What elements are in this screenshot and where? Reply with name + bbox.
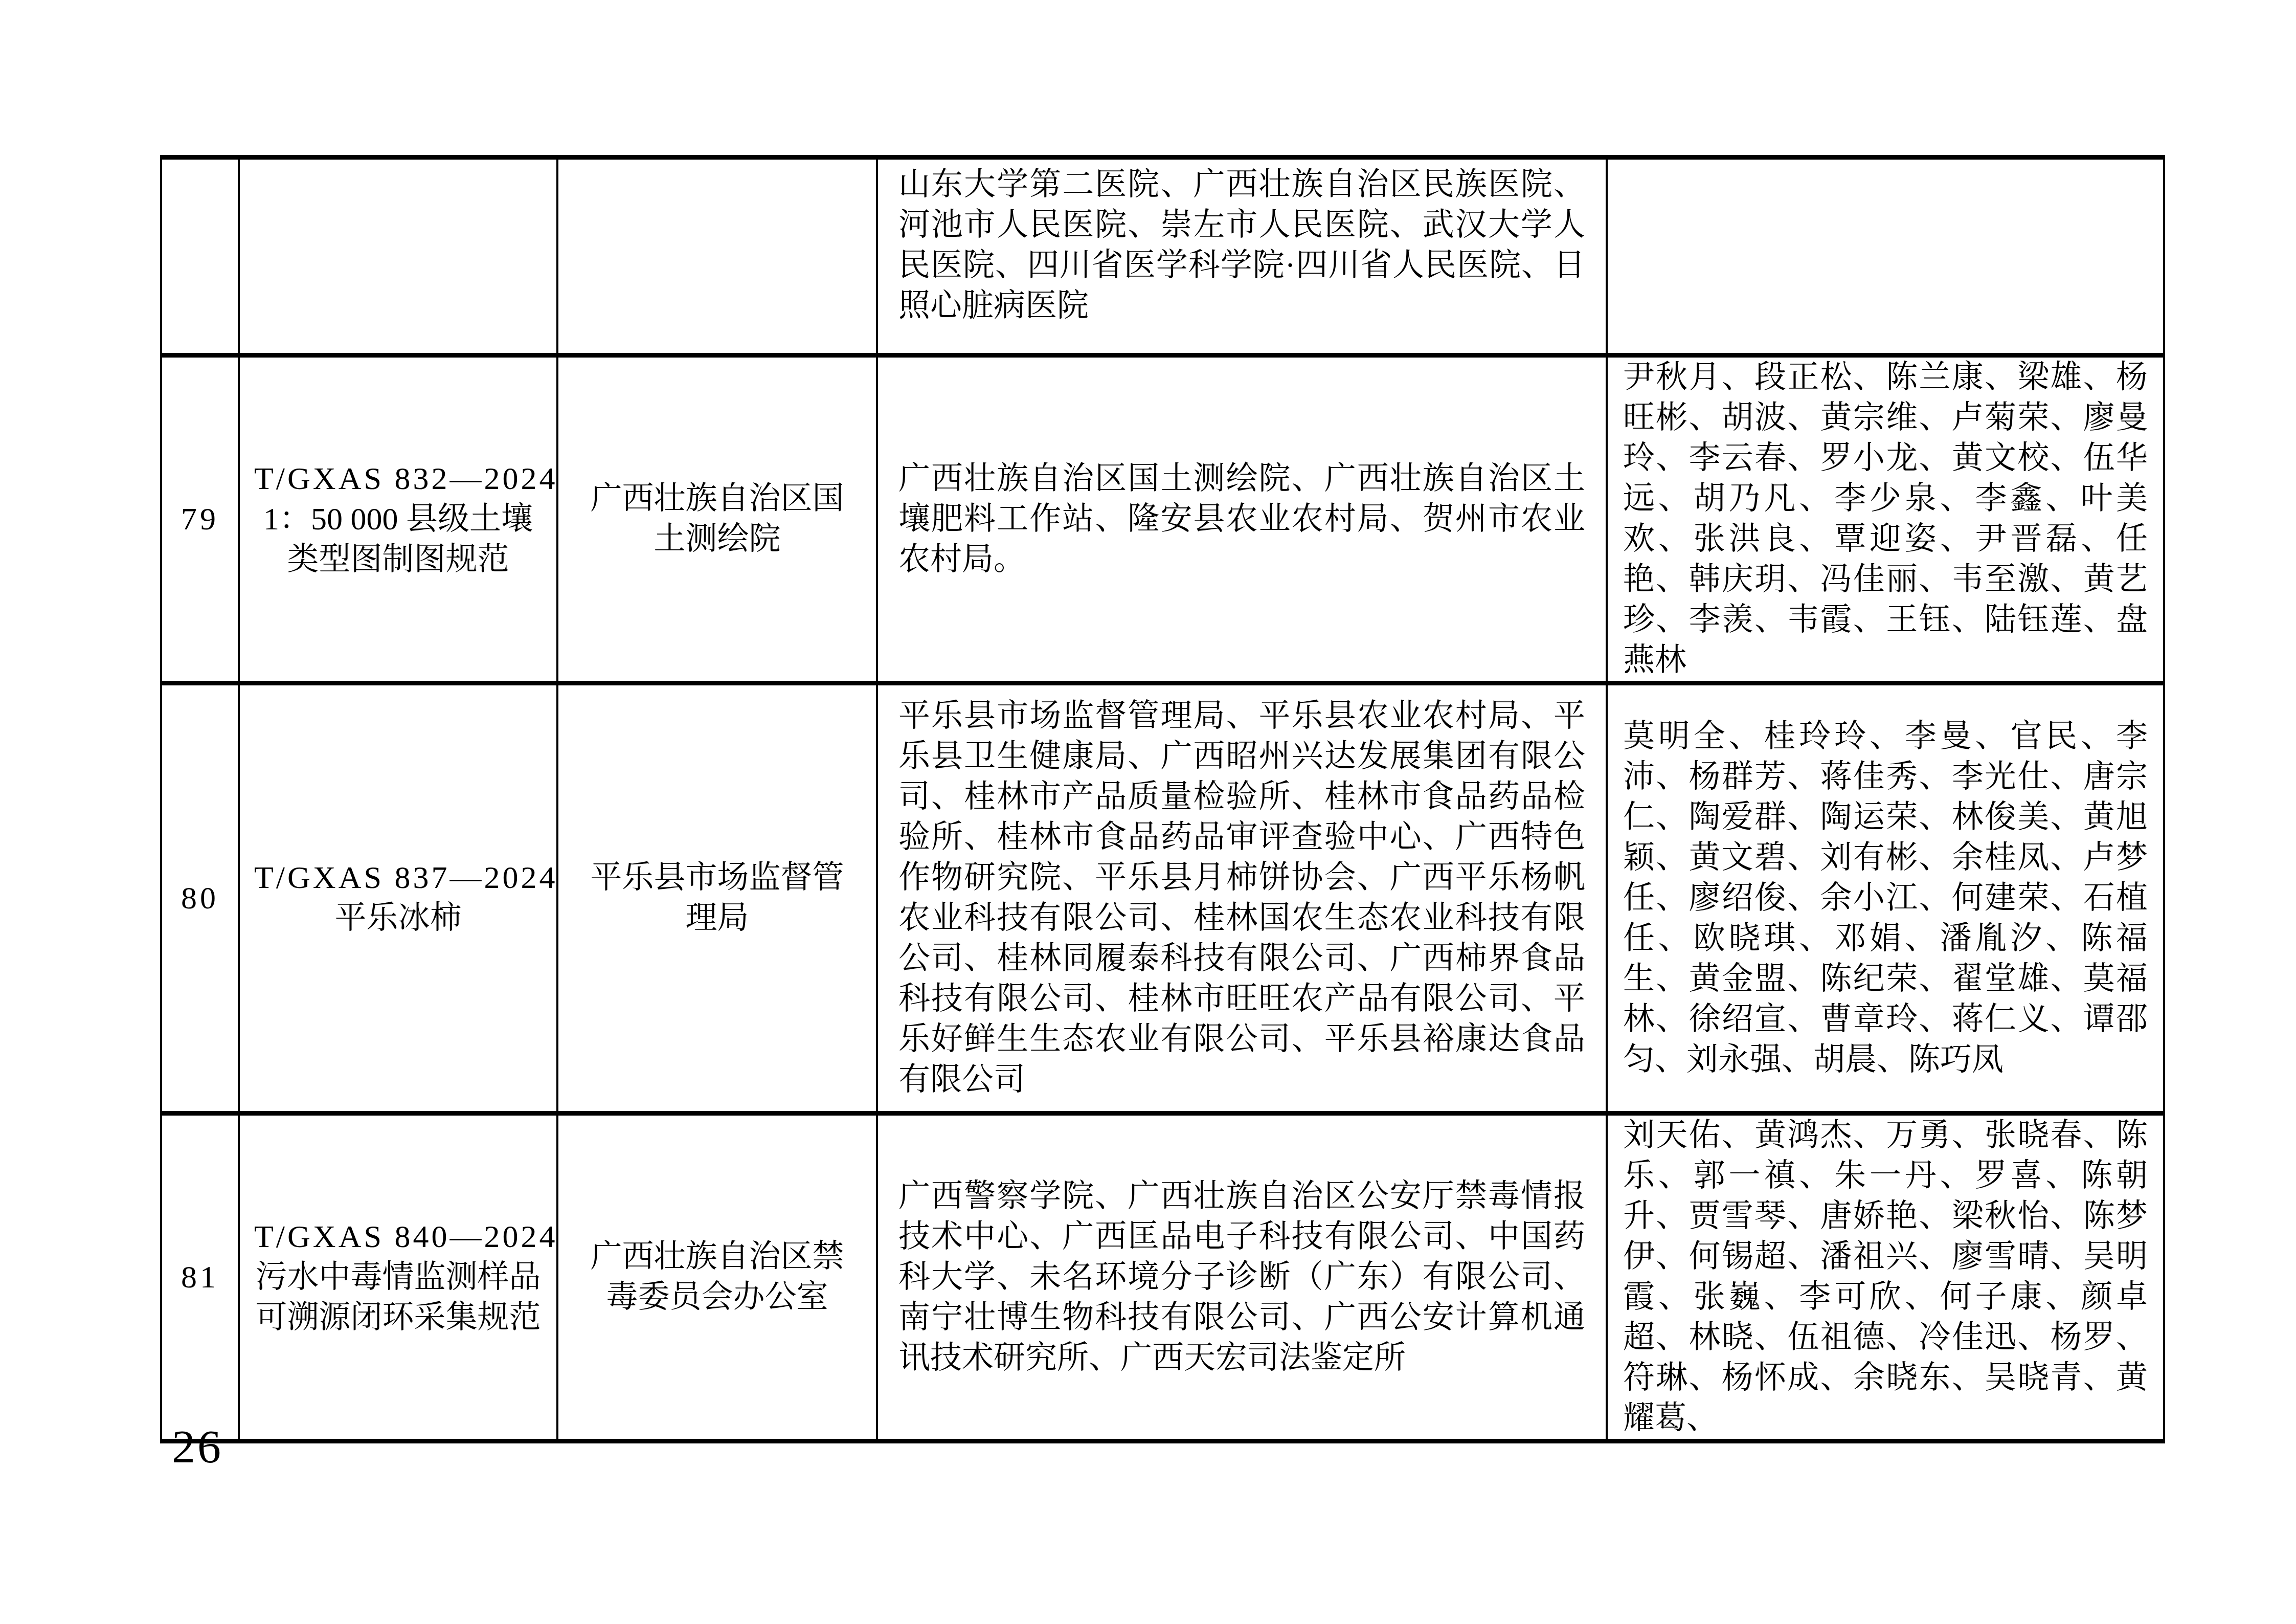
drafters-cell: 刘天佑、黄鸿杰、万勇、张晓春、陈乐、郭一禛、朱一丹、罗喜、陈朝升、贾雪琴、唐娇艳…	[1607, 1114, 2164, 1441]
standards-table: 山东大学第二医院、广西壮族自治区民族医院、河池市人民医院、崇左市人民医院、武汉大…	[160, 155, 2165, 1443]
standard-number: T/GXAS 840—2024	[254, 1217, 542, 1257]
document-page: 山东大学第二医院、广西壮族自治区民族医院、河池市人民医院、崇左市人民医院、武汉大…	[0, 0, 2296, 1624]
standard-name: 污水中毒情监测样品可溯源闭环采集规范	[254, 1257, 542, 1338]
table-row: 81 T/GXAS 840—2024 污水中毒情监测样品可溯源闭环采集规范 广西…	[161, 1114, 2164, 1441]
standard-cell: T/GXAS 832—2024 1：50 000 县级土壤类型图制图规范	[239, 355, 557, 683]
proposing-org-cell: 平乐县市场监督管理局	[557, 683, 877, 1114]
drafting-units-cell: 山东大学第二医院、广西壮族自治区民族医院、河池市人民医院、崇左市人民医院、武汉大…	[877, 158, 1607, 355]
standard-cell	[239, 158, 557, 355]
drafting-units-cell: 广西警察学院、广西壮族自治区公安厅禁毒情报技术中心、广西匡品电子科技有限公司、中…	[877, 1114, 1607, 1441]
drafting-units-cell: 广西壮族自治区国土测绘院、广西壮族自治区土壤肥料工作站、隆安县农业农村局、贺州市…	[877, 355, 1607, 683]
seq-cell: 80	[161, 683, 239, 1114]
proposing-org-cell: 广西壮族自治区国土测绘院	[557, 355, 877, 683]
drafters-cell: 尹秋月、段正松、陈兰康、梁雄、杨旺彬、胡波、黄宗维、卢菊荣、廖曼玲、李云春、罗小…	[1607, 355, 2164, 683]
page-number: 26	[172, 1423, 223, 1470]
drafters-cell	[1607, 158, 2164, 355]
seq-cell: 81	[161, 1114, 239, 1441]
standard-cell: T/GXAS 837—2024 平乐冰柿	[239, 683, 557, 1114]
proposing-org-cell	[557, 158, 877, 355]
standard-cell: T/GXAS 840—2024 污水中毒情监测样品可溯源闭环采集规范	[239, 1114, 557, 1441]
table-row: 80 T/GXAS 837—2024 平乐冰柿 平乐县市场监督管理局 平乐县市场…	[161, 683, 2164, 1114]
standard-name: 1：50 000 县级土壤类型图制图规范	[254, 499, 542, 580]
seq-cell	[161, 158, 239, 355]
standard-number: T/GXAS 837—2024	[254, 858, 542, 898]
standard-name: 平乐冰柿	[254, 898, 542, 939]
standard-number: T/GXAS 832—2024	[254, 459, 542, 499]
proposing-org-cell: 广西壮族自治区禁毒委员会办公室	[557, 1114, 877, 1441]
drafters-cell: 莫明全、桂玲玲、李曼、官民、李沛、杨群芳、蒋佳秀、李光仕、唐宗仁、陶爱群、陶运荣…	[1607, 683, 2164, 1114]
drafting-units-cell: 平乐县市场监督管理局、平乐县农业农村局、平乐县卫生健康局、广西昭州兴达发展集团有…	[877, 683, 1607, 1114]
seq-cell: 79	[161, 355, 239, 683]
table-row: 79 T/GXAS 832—2024 1：50 000 县级土壤类型图制图规范 …	[161, 355, 2164, 683]
table-row-continued: 山东大学第二医院、广西壮族自治区民族医院、河池市人民医院、崇左市人民医院、武汉大…	[161, 158, 2164, 355]
